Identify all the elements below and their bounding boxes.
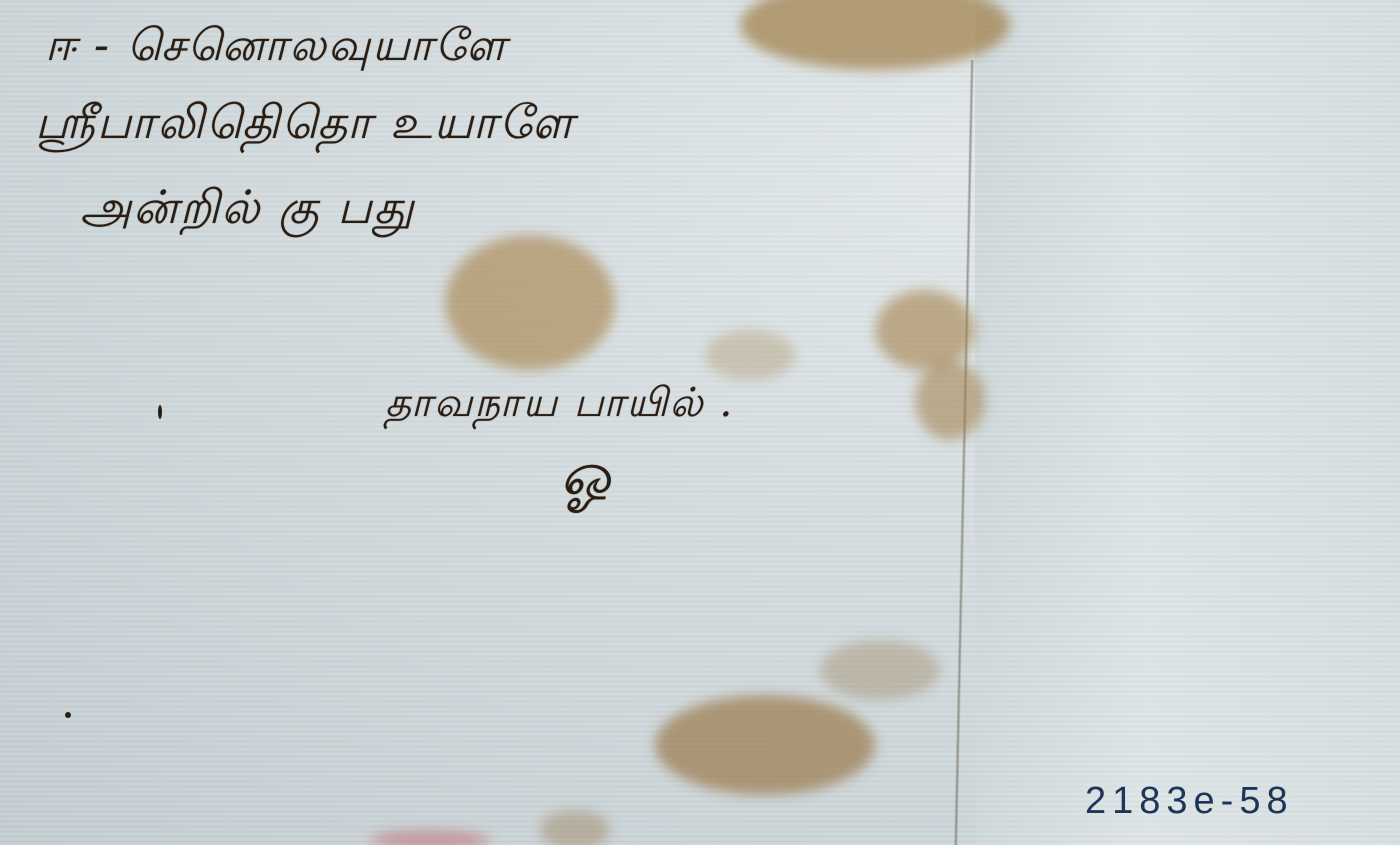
manuscript-page: ஈ - செனொலவுயாளே ஸ்ரீபாலிதெிதொ உயாளே அன்ற… (0, 0, 1400, 845)
handwritten-mark: ஓ (560, 440, 612, 518)
ink-speck (158, 405, 162, 419)
stain (915, 360, 985, 440)
handwritten-line-3: அன்றில் கு பது (80, 180, 415, 241)
stain (540, 810, 610, 845)
stain (655, 695, 875, 795)
stain (820, 640, 940, 700)
right-leaf (975, 0, 1400, 845)
handwritten-line-1: ஈ - செனொலவுயாளே (45, 20, 508, 77)
handwritten-signature-line: தாவநாய பாயில் . (385, 380, 734, 431)
stain (370, 830, 490, 845)
stain (875, 290, 975, 370)
handwritten-line-2: ஸ்ரீபாலிதெிதொ உயாளே (35, 95, 575, 156)
catalog-number: 2183e-58 (1085, 780, 1294, 823)
stain (705, 330, 795, 380)
fold-line (954, 60, 974, 845)
ink-speck (65, 712, 71, 718)
stain (445, 235, 615, 370)
